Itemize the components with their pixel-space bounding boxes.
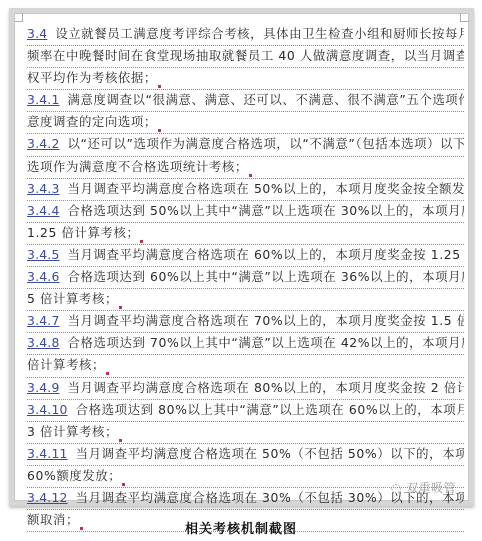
line-text: 选项作为满意度不合格选项统计考核； [27,159,248,174]
line-text: 当月调查平均满意度合格选项在 60%以上的，本项月度奖金按 1.25 倍计算考核… [68,247,464,262]
document-body: 3.4设立就餐员工满意度考评综合考核，具体由卫生检查小组和厨师长按每月四次的频率… [27,24,464,532]
line-text: 当月调查平均满意度合格选项在 80%以上的，本项月度奖金按 2 倍计算考核； [68,380,464,395]
line-text: 满意度调查以“很满意、满意、还可以、不满意、很不满意”五个选项作为满 [68,92,464,107]
clause-number: 3.4.5 [27,247,60,262]
line-text: 倍计算考核； [27,357,105,372]
watermark: ◌ 双重吸管 [391,479,456,496]
document-line: 3.4.6合格选项达到 60%以上其中“满意”以上选项在 36%以上的，本项月度… [27,267,464,289]
line-text: 意度调查的定向选项； [27,114,157,129]
document-line: 3.4.4合格选项达到 50%以上其中“满意”以上选项在 30%以上的，本项月度… [27,201,464,223]
document-line: 3.4.10合格选项达到 80%以上其中“满意”以上选项在 60%以上的，本项月… [27,400,464,422]
clause-number: 3.4.9 [27,380,60,395]
line-text: 合格选项达到 80%以上其中“满意”以上选项在 60%以上的，本项月度奖金按 [76,402,464,417]
clause-number: 3.4.2 [27,136,60,151]
clause-number: 3.4.11 [27,446,68,461]
line-text: 合格选项达到 50%以上其中“满意”以上选项在 30%以上的，本项月度奖金按 [68,203,464,218]
clause-number: 3.4.12 [27,490,68,505]
margin-corner-marker [460,13,469,22]
line-text: 合格选项达到 60%以上其中“满意”以上选项在 36%以上的，本项月度奖金按 1… [68,269,464,284]
document-line: 权平均作为考核依据； [27,68,464,90]
clause-number: 3.4.10 [27,402,68,417]
paragraph-mark-icon [106,372,109,375]
line-text: 以“还可以”选项作为满意度合格选项，以“不满意”（包括本选项）以下的 [68,136,464,151]
line-text: 3 倍计算考核； [27,424,118,439]
document-line: 意度调查的定向选项； [27,112,464,134]
paragraph-mark-icon [249,174,252,177]
line-text: 频率在中晚餐时间在食堂现场抽取就餐员工 40 人做满意度调查，以当月调查结果的加 [27,48,464,63]
line-text: 5 倍计算考核； [27,291,118,306]
document-line: 3.4设立就餐员工满意度考评综合考核，具体由卫生检查小组和厨师长按每月四次的 [27,24,464,46]
document-line: 3.4.7当月调查平均满意度合格选项在 70%以上的，本项月度奖金按 1.5 倍… [27,311,464,333]
paragraph-mark-icon [119,306,122,309]
line-text: 合格选项达到 70%以上其中“满意”以上选项在 42%以上的，本项月度奖金按 2 [68,335,464,350]
document-line: 频率在中晚餐时间在食堂现场抽取就餐员工 40 人做满意度调查，以当月调查结果的加 [27,46,464,68]
clause-number: 3.4.4 [27,203,60,218]
document-line: 3.4.8合格选项达到 70%以上其中“满意”以上选项在 42%以上的，本项月度… [27,333,464,355]
document-line: 3.4.5当月调查平均满意度合格选项在 60%以上的，本项月度奖金按 1.25 … [27,245,464,267]
document-line: 倍计算考核； [27,355,464,377]
document-line: 3.4.9当月调查平均满意度合格选项在 80%以上的，本项月度奖金按 2 倍计算… [27,378,464,400]
document-line: 3 倍计算考核； [27,422,464,444]
line-text: 当月调查平均满意度合格选项在 70%以上的，本项月度奖金按 1.5 倍计算考核； [68,313,464,328]
figure-caption: 相关考核机制截图 [0,518,482,537]
clause-number: 3.4.6 [27,269,60,284]
clause-number: 3.4.7 [27,313,60,328]
line-text: 1.25 倍计算考核； [27,225,139,240]
paragraph-mark-icon [158,129,161,132]
document-line: 3.4.11当月调查平均满意度合格选项在 50%（不包括 50%）以下的，本项月… [27,444,464,466]
clause-number: 3.4.8 [27,335,60,350]
document-line: 5 倍计算考核； [27,289,464,311]
clause-number: 3.4 [27,26,47,41]
line-text: 权平均作为考核依据； [27,70,157,85]
clause-number: 3.4.1 [27,92,60,107]
line-text: 设立就餐员工满意度考评综合考核，具体由卫生检查小组和厨师长按每月四次的 [55,26,464,41]
margin-corner-marker [14,13,23,22]
document-line: 选项作为满意度不合格选项统计考核； [27,157,464,179]
line-text: 当月调查平均满意度合格选项在 50%以上的，本项月度奖金按全额发放； [68,181,464,196]
paragraph-mark-icon [140,240,143,243]
line-text: 60%额度发放； [27,468,121,483]
document-screenshot-frame: 3.4设立就餐员工满意度考评综合考核，具体由卫生检查小组和厨师长按每月四次的频率… [9,8,474,506]
paragraph-mark-icon [119,439,122,442]
document-line: 3.4.2以“还可以”选项作为满意度合格选项，以“不满意”（包括本选项）以下的 [27,134,464,156]
document-line: 3.4.1满意度调查以“很满意、满意、还可以、不满意、很不满意”五个选项作为满 [27,90,464,112]
document-page: 3.4设立就餐员工满意度考评综合考核，具体由卫生检查小组和厨师长按每月四次的频率… [14,13,469,501]
paragraph-mark-icon [122,483,125,486]
document-line: 1.25 倍计算考核； [27,223,464,245]
document-line: 3.4.3当月调查平均满意度合格选项在 50%以上的，本项月度奖金按全额发放； [27,179,464,201]
line-text: 当月调查平均满意度合格选项在 50%（不包括 50%）以下的，本项月度奖金按 [76,446,464,461]
clause-number: 3.4.3 [27,181,60,196]
paragraph-mark-icon [158,85,161,88]
